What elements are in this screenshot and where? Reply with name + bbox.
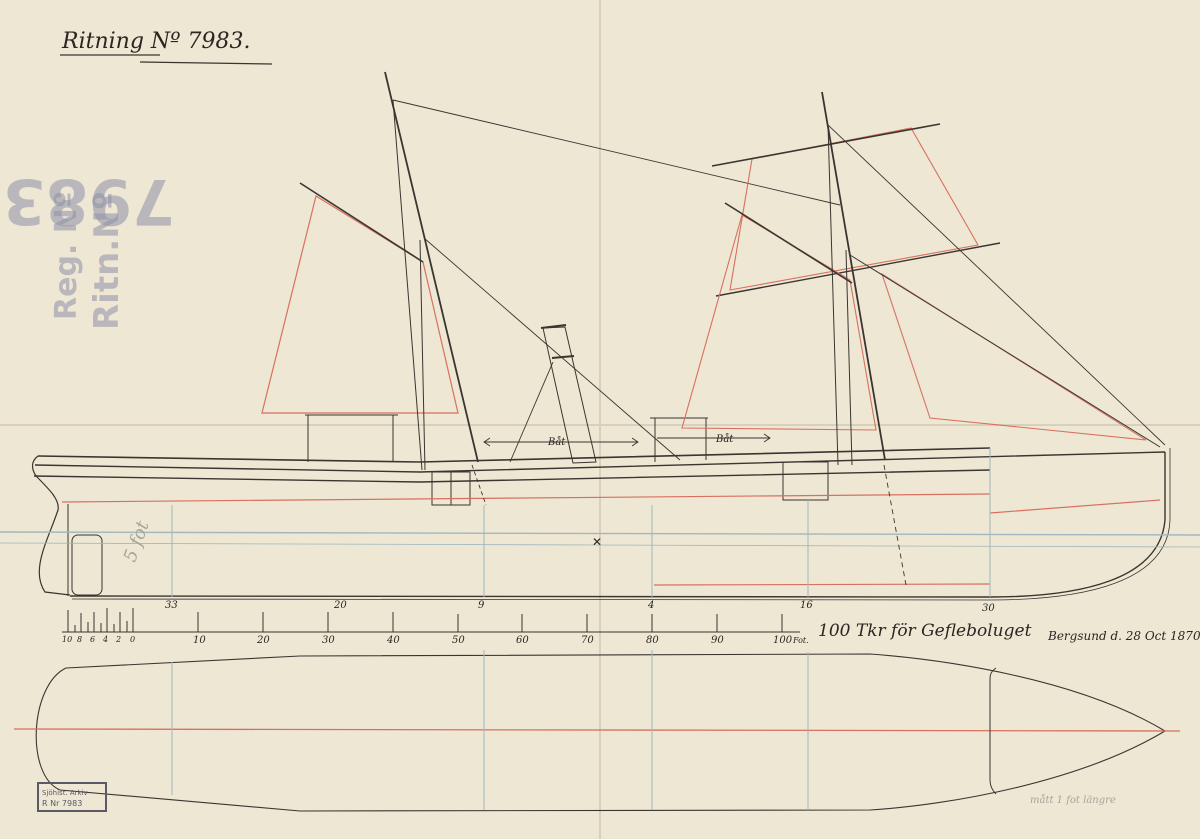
center-mark-icon: ✕ [592, 535, 602, 549]
svg-text:100: 100 [773, 635, 793, 646]
svg-text:8: 8 [77, 635, 82, 644]
fore-mast [822, 92, 1165, 465]
ship-drawing-sheet: 7983 Ritn.Nº Reg. Nº Ritning Nº 7983. [0, 0, 1200, 839]
svg-text:10: 10 [193, 635, 206, 646]
svg-text:60: 60 [516, 635, 529, 646]
pencil-note-hull: 5 fot [120, 518, 154, 565]
vessel-description: 100 Tkr för Gefleboluget [818, 621, 1032, 641]
svg-text:Sjöhist. Arkiv: Sjöhist. Arkiv [42, 789, 88, 797]
sail-plan-drawing: 7983 Ritn.Nº Reg. Nº Ritning Nº 7983. [0, 0, 1200, 839]
svg-text:16: 16 [800, 600, 813, 611]
ritn-stamp: Ritn.Nº [87, 191, 127, 330]
svg-text:6: 6 [90, 635, 95, 644]
reg-stamp: Reg. Nº [49, 191, 84, 320]
boat-left-marker: Båt [484, 436, 638, 448]
aft-gaff-sail [262, 183, 458, 462]
svg-text:Fot.: Fot. [792, 636, 809, 645]
jib-sail [850, 255, 1160, 447]
svg-text:70: 70 [581, 635, 594, 646]
svg-text:4: 4 [647, 600, 654, 611]
svg-text:Reg. Nº: Reg. Nº [49, 191, 84, 320]
svg-text:30: 30 [322, 635, 335, 646]
frame-numbers: 33 20 9 4 16 30 [165, 600, 995, 614]
svg-text:0: 0 [130, 635, 135, 644]
signature-date: Bergsund d. 28 Oct 1870. [1047, 629, 1200, 643]
svg-text:80: 80 [646, 635, 659, 646]
svg-text:40: 40 [386, 635, 400, 646]
pencil-note-plan: mått 1 fot längre [1030, 794, 1116, 806]
svg-text:9: 9 [478, 600, 485, 611]
svg-text:Båt: Båt [715, 433, 734, 445]
svg-text:Ritn.Nº: Ritn.Nº [87, 191, 127, 330]
svg-text:R Nr 7983: R Nr 7983 [42, 799, 82, 808]
svg-text:20: 20 [256, 635, 270, 646]
svg-text:4: 4 [102, 635, 108, 644]
svg-text:33: 33 [165, 600, 178, 611]
svg-text:2: 2 [115, 635, 121, 644]
fore-topsail [712, 124, 1000, 296]
drawing-title: Ritning Nº 7983. [60, 29, 272, 64]
svg-text:50: 50 [452, 635, 465, 646]
archive-stamp: Sjöhist. Arkiv R Nr 7983 [38, 783, 106, 811]
svg-text:Båt: Båt [547, 436, 566, 448]
svg-text:30: 30 [982, 603, 995, 614]
hull-plan-view [14, 650, 1180, 811]
svg-text:Ritning Nº 7983.: Ritning Nº 7983. [61, 29, 250, 54]
aft-mast [385, 72, 478, 470]
svg-text:90: 90 [711, 635, 724, 646]
scale-bar: 10 8 6 4 2 0 10 20 30 40 50 60 70 80 90 … [62, 608, 809, 646]
svg-text:20: 20 [333, 600, 347, 611]
svg-text:10: 10 [62, 635, 72, 644]
